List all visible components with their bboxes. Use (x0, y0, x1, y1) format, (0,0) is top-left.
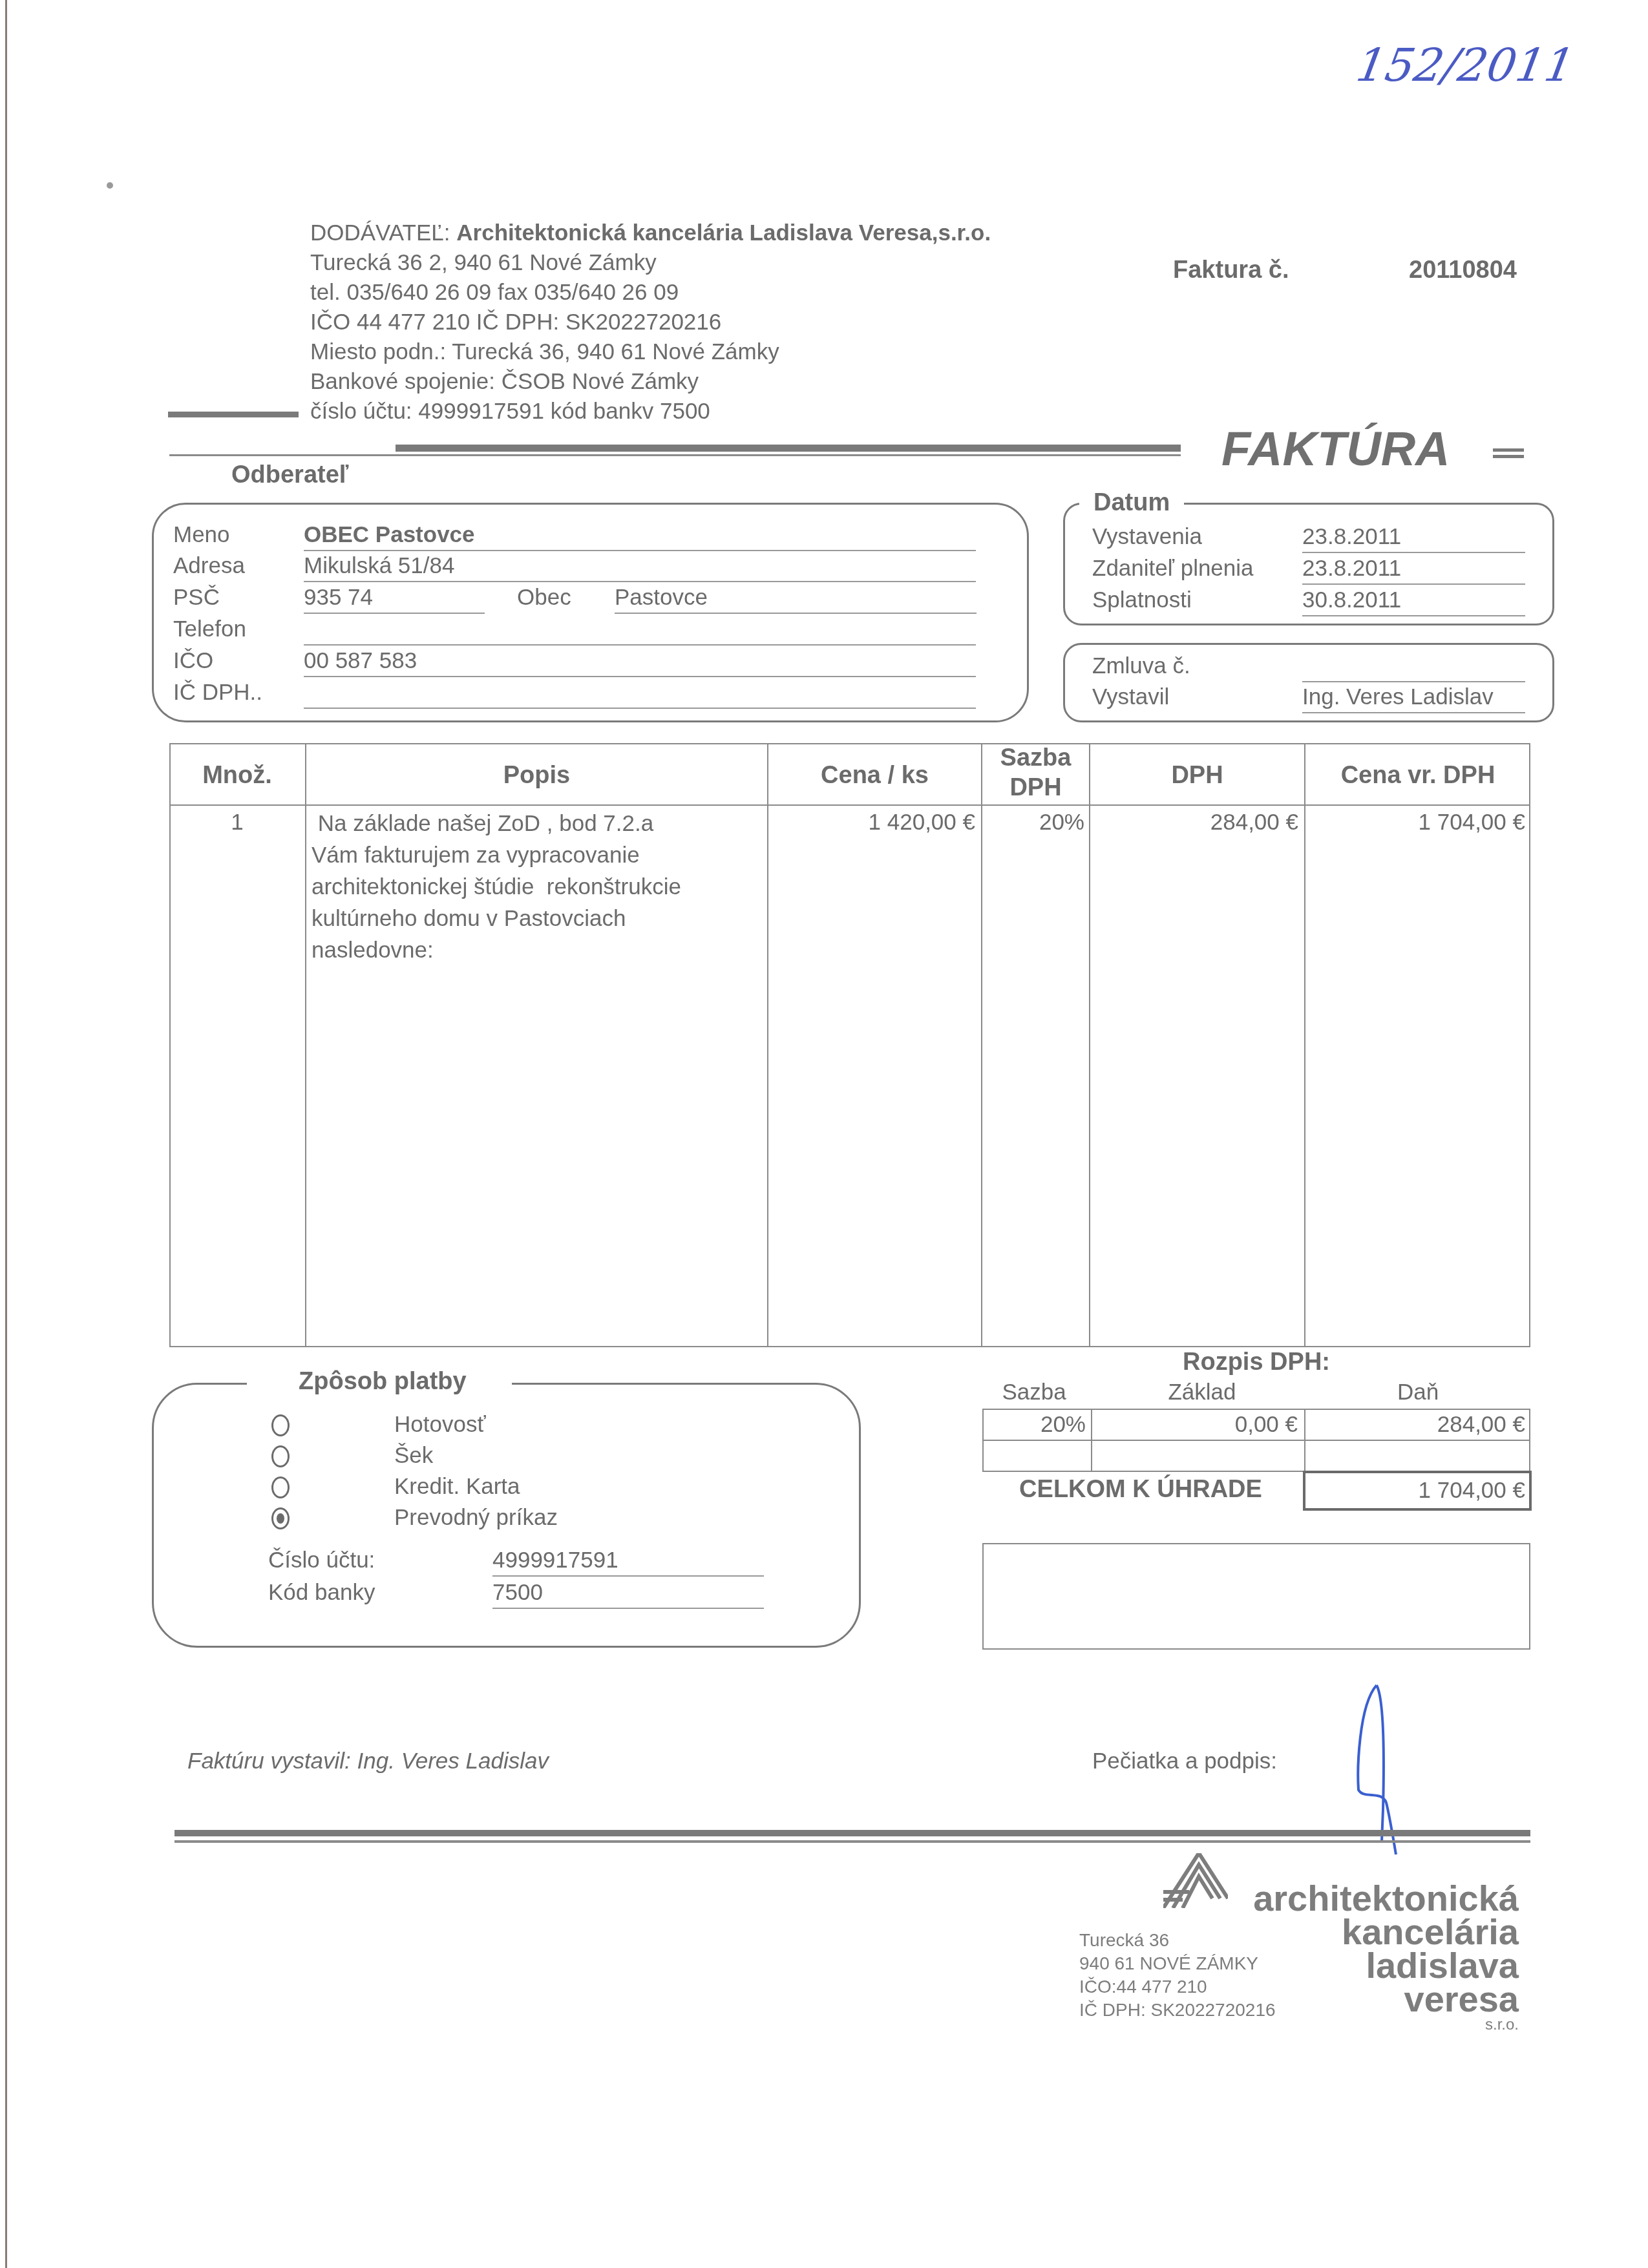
total-due-label: CELKOM K ÚHRADE (982, 1475, 1299, 1504)
payment-option-transfer[interactable]: Prevodný príkaz (271, 1503, 724, 1534)
stamp-logo-line: architektonická (1215, 1882, 1519, 1915)
stamp-sign-label: Pečiatka a podpis: (1092, 1747, 1277, 1776)
dates-section-label: Datum (1079, 488, 1184, 518)
supplier-block: DODÁVATEĽ: Architektonická kancelária La… (310, 218, 991, 426)
scan-edge-line (5, 0, 7, 2268)
issued-date: 23.8.2011 (1302, 522, 1525, 553)
footer-rule (174, 1830, 1530, 1836)
customer-city-label: Obec (517, 583, 571, 613)
account-number: 4999917591 (492, 1546, 764, 1577)
radio-unselected-icon[interactable] (271, 1414, 290, 1436)
payment-section-label: Zpôsob platby (247, 1367, 512, 1396)
account-label: Číslo účtu: (268, 1546, 375, 1575)
company-stamp: architektonická kancelária ladislava ver… (1060, 1848, 1532, 2029)
customer-city: Pastovce (615, 583, 977, 614)
customer-icdph-label: IČ DPH.. (173, 678, 262, 708)
col-divider (305, 743, 306, 1347)
due-label: Splatnosti (1092, 585, 1192, 615)
payment-option-label: Šek (394, 1441, 433, 1471)
row-divider (982, 1440, 1530, 1441)
vat-summary-title: Rozpis DPH: (982, 1347, 1530, 1377)
supplier-heading: DODÁVATEĽ: Architektonická kancelária La… (310, 218, 991, 248)
payment-option-label: Hotovosť (394, 1410, 486, 1440)
vat-summary-rate: 20% (984, 1410, 1086, 1440)
col-header-unit-price: Cena / ks (768, 759, 981, 792)
payment-option-check[interactable]: Šek (271, 1441, 724, 1472)
col-header-vat-rate: Sazba DPH (982, 743, 1089, 803)
row-unit-price: 1 420,00 € (768, 808, 975, 837)
description-line: Vám fakturujem za vypracovanie (312, 839, 681, 871)
customer-phone (304, 614, 976, 646)
customer-ico-label: IČO (173, 646, 213, 676)
title-mark (1493, 455, 1524, 458)
supplier-line: číslo účtu: 4999917591 kód bankv 7500 (310, 397, 991, 426)
col-header-vat: DPH (1090, 759, 1304, 792)
title-mark (1493, 448, 1524, 452)
contract-label: Zmluva č. (1092, 651, 1190, 681)
supplier-line: Bankové spojenie: ČSOB Nové Zámky (310, 367, 991, 397)
customer-name: OBEC Pastovce (304, 520, 976, 551)
description-line: architektonickej štúdie rekonštrukcie (312, 871, 681, 903)
customer-phone-label: Telefon (173, 614, 246, 644)
row-vat: 284,00 € (1090, 808, 1298, 837)
radio-unselected-icon[interactable] (271, 1476, 290, 1498)
payment-option-cash[interactable]: Hotovosť (271, 1410, 724, 1441)
col-header-total: Cena vr. DPH (1305, 759, 1530, 792)
radio-selected-icon[interactable] (271, 1507, 290, 1529)
customer-address-label: Adresa (173, 551, 245, 581)
due-date: 30.8.2011 (1302, 585, 1525, 616)
taxable-date: 23.8.2011 (1302, 554, 1525, 585)
vat-summary-header-tax: Daň (1305, 1378, 1530, 1407)
col-header-description: Popis (306, 759, 767, 792)
stamp-address-line: 940 61 NOVÉ ZÁMKY (1079, 1952, 1276, 1975)
handwritten-reference-number: 152/2011 (1353, 39, 1579, 92)
rule (396, 445, 1181, 452)
customer-icdph (304, 678, 976, 709)
supplier-label: DODÁVATEĽ: (310, 220, 450, 246)
bank-code-label: Kód banky (268, 1578, 375, 1608)
issuer-label: Vystavil (1092, 682, 1169, 712)
total-due-amount: 1 704,00 € (1305, 1476, 1525, 1506)
issued-label: Vystavenia (1092, 522, 1202, 552)
description-line: Na základe našej ZoD , bod 7.2.a (312, 808, 681, 839)
taxable-label: Zdaniteľ plnenia (1092, 554, 1254, 583)
vat-summary-header-base: Základ (1099, 1378, 1305, 1407)
payment-option-label: Prevodný príkaz (394, 1503, 558, 1533)
row-qty: 1 (169, 808, 305, 837)
footer-rule (174, 1840, 1530, 1843)
supplier-line: Miesto podn.: Turecká 36, 940 61 Nové Zá… (310, 337, 991, 367)
stamp-address: Turecká 36 940 61 NOVÉ ZÁMKY IČO:44 477 … (1079, 1929, 1276, 2022)
vat-summary-tax: 284,00 € (1305, 1410, 1525, 1440)
row-total: 1 704,00 € (1305, 808, 1525, 837)
customer-section-label: Odberateľ (231, 460, 348, 490)
invoice-number: 20110804 (1409, 255, 1517, 285)
radio-unselected-icon[interactable] (271, 1445, 290, 1467)
notes-box (982, 1543, 1530, 1650)
vat-summary-header-rate: Sazba (982, 1378, 1086, 1407)
table-header-divider (169, 804, 1530, 806)
stamp-address-line: IČ DPH: SK2022720216 (1079, 1999, 1276, 2022)
row-vat-rate: 20% (982, 808, 1084, 837)
supplier-name: Architektonická kancelária Ladislava Ver… (456, 220, 991, 246)
issuer-name: Ing. Veres Ladislav (1302, 682, 1525, 713)
supplier-line: tel. 035/640 26 09 fax 035/640 26 09 (310, 278, 991, 308)
supplier-line: IČO 44 477 210 IČ DPH: SK2022720216 (310, 308, 991, 337)
rule (240, 454, 1181, 456)
stamp-address-line: IČO:44 477 210 (1079, 1975, 1276, 1999)
customer-ico: 00 587 583 (304, 646, 976, 677)
row-description: Na základe našej ZoD , bod 7.2.a Vám fak… (312, 808, 681, 966)
issued-by-text: Faktúru vystavil: Ing. Veres Ladislav (187, 1747, 549, 1776)
description-line: nasledovne: (312, 934, 681, 966)
rule (168, 412, 299, 417)
contract-number (1302, 651, 1525, 682)
supplier-line: Turecká 36 2, 940 61 Nové Zámky (310, 248, 991, 278)
bank-code: 7500 (492, 1578, 764, 1609)
invoice-title: FAKTÚRA (1221, 420, 1450, 478)
invoice-number-label: Faktura č. (1173, 255, 1289, 285)
stamp-address-line: Turecká 36 (1079, 1929, 1276, 1952)
customer-psc: 935 74 (304, 583, 485, 614)
payment-option-card[interactable]: Kredit. Karta (271, 1472, 724, 1503)
vat-summary-base: 0,00 € (1092, 1410, 1298, 1440)
customer-address: Mikulská 51/84 (304, 551, 976, 582)
payment-option-label: Kredit. Karta (394, 1472, 520, 1502)
customer-psc-label: PSČ (173, 583, 220, 613)
col-header-qty: Množ. (169, 759, 305, 792)
customer-name-label: Meno (173, 520, 230, 550)
description-line: kultúrneho domu v Pastovciach (312, 903, 681, 934)
scan-dot (107, 182, 113, 189)
